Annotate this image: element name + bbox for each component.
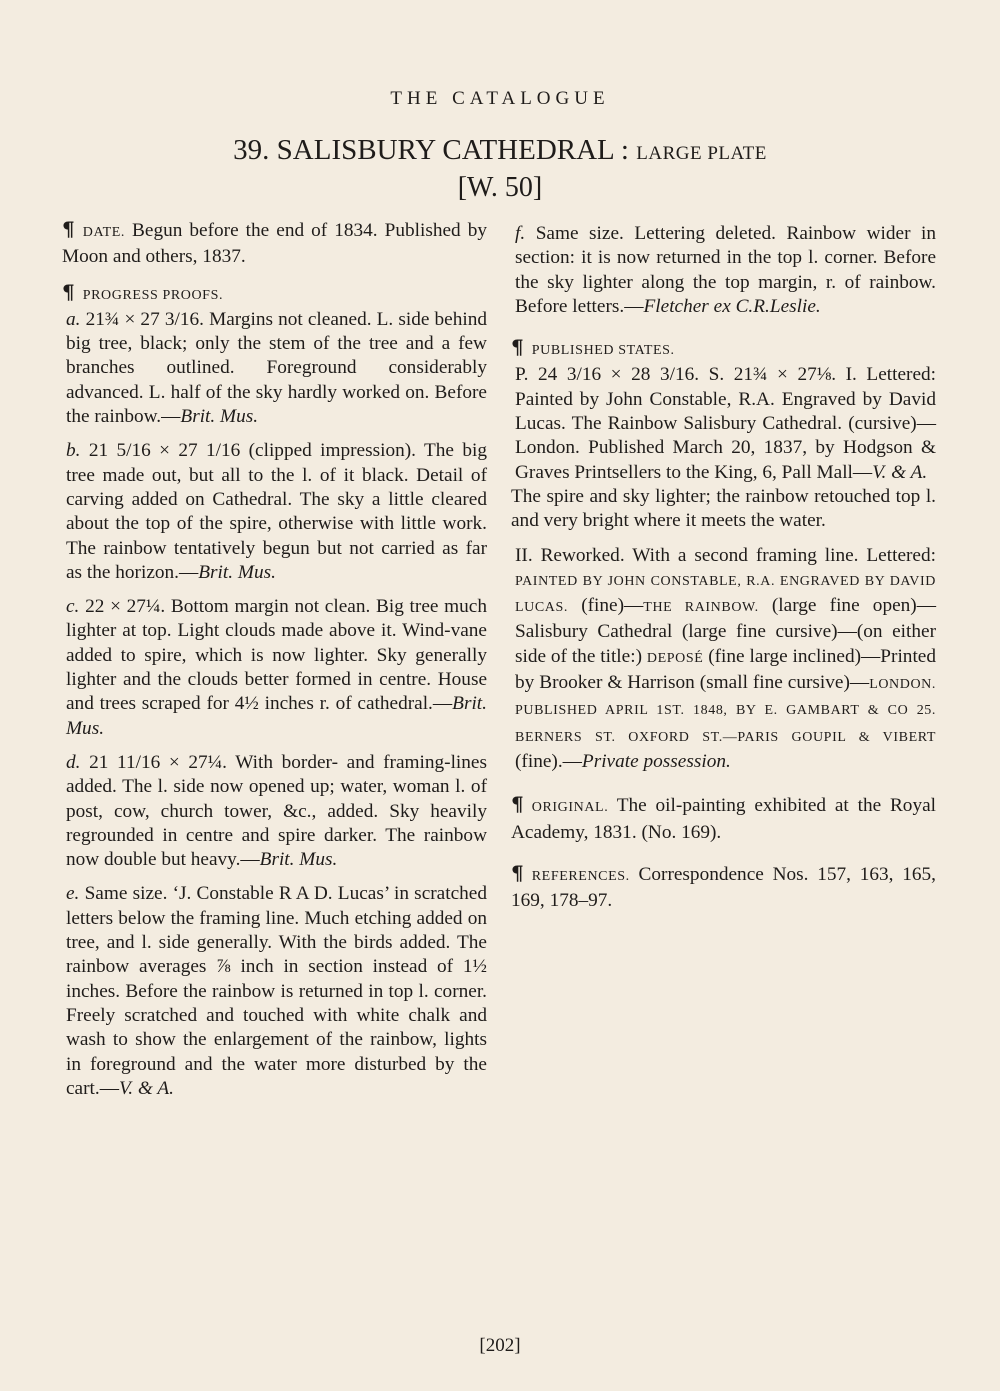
state-1-source: V. & A. [872,462,927,483]
proof-text: Same size. ‘J. Constable R A D. Lucas’ i… [66,883,487,1098]
state-2-text: (fine).— [515,751,582,772]
state-2-text: (fine)— [581,595,643,616]
proof-source: Brit. Mus. [260,849,338,870]
proof-source: Fletcher ex C.R.Leslie. [644,296,821,317]
date-text: Begun before the end of 1834. Published … [62,220,487,267]
proof-size: 21 5/16 × 27 1/16 [89,440,240,461]
pilcrow-icon: ¶ [62,217,75,241]
progress-proofs-label: PROGRESS PROOFS. [83,288,223,303]
proof-a: a. 21¾ × 27 3/16. Margins not cleaned. L… [62,308,487,429]
original-label: ORIGINAL. [532,800,609,815]
proof-b: b. 21 5/16 × 27 1/16 (clipped impression… [62,439,487,585]
pilcrow-icon: ¶ [511,335,524,359]
references-section: ¶REFERENCES. Correspondence Nos. 157, 16… [511,861,936,914]
left-column: ¶DATE. Begun before the end of 1834. Pub… [62,217,487,1111]
pilcrow-icon: ¶ [62,280,75,304]
state-2-source: Private possession. [582,751,731,772]
progress-proofs-heading: ¶PROGRESS PROOFS. [62,280,487,308]
references-label: REFERENCES. [532,869,630,884]
published-states-heading: ¶PUBLISHED STATES. [511,335,936,363]
proof-letter: e. [66,883,79,904]
page-number: [202] [0,1335,1000,1357]
running-head: THE CATALOGUE [0,88,1000,110]
proof-e: e. Same size. ‘J. Constable R A D. Lucas… [62,882,487,1101]
proof-size: 22 × 27¼. [85,596,165,617]
proof-source: V. & A. [119,1078,174,1099]
state-2-lettering: THE RAINBOW. [643,600,758,615]
pilcrow-icon: ¶ [511,792,524,816]
proof-letter: c. [66,596,79,617]
pilcrow-icon: ¶ [511,861,524,885]
published-states-label: PUBLISHED STATES. [532,343,675,358]
original-section: ¶ORIGINAL. The oil-painting exhibited at… [511,792,936,845]
proof-source: Brit. Mus. [198,562,276,583]
date-section: ¶DATE. Begun before the end of 1834. Pub… [62,217,487,270]
proof-f: f. Same size. Lettering deleted. Rainbow… [511,222,936,319]
proof-d: d. 21 11/16 × 27¼. With border- and fram… [62,751,487,872]
entry-title: 39. SALISBURY CATHEDRAL : LARGE PLATE [0,132,1000,172]
state-1-note: The spire and sky lighter; the rainbow r… [511,485,936,534]
proof-letter: a. [66,309,80,330]
proof-c: c. 22 × 27¼. Bottom margin not clean. Bi… [62,595,487,741]
proof-letter: b. [66,440,80,461]
entry-name: SALISBURY CATHEDRAL : [277,134,629,166]
proof-size: 21 11/16 × 27¼. [89,752,227,773]
wedmore-reference: [W. 50] [0,172,1000,204]
entry-subtitle: LARGE PLATE [636,143,767,164]
proof-letter: f. [515,223,525,244]
entry-number: 39. [233,134,269,166]
proof-source: Brit. Mus. [180,406,258,427]
state-2-lettering: DEPOSÉ [647,651,704,666]
state-1-sizes: P. 24 3/16 × 28 3/16. S. 21¾ × 27⅛. [515,364,836,385]
state-2: II. Reworked. With a second framing line… [511,544,936,775]
proof-text: (clipped impression). The big tree made … [66,440,487,582]
proof-size: 21¾ × 27 3/16. [86,309,204,330]
proof-letter: d. [66,752,80,773]
right-column-content: f. Same size. Lettering deleted. Rainbow… [511,222,936,923]
state-1: P. 24 3/16 × 28 3/16. S. 21¾ × 27⅛. I. L… [511,363,936,484]
date-label: DATE. [83,225,125,240]
state-2-intro: II. Reworked. With a second framing line… [515,545,936,566]
